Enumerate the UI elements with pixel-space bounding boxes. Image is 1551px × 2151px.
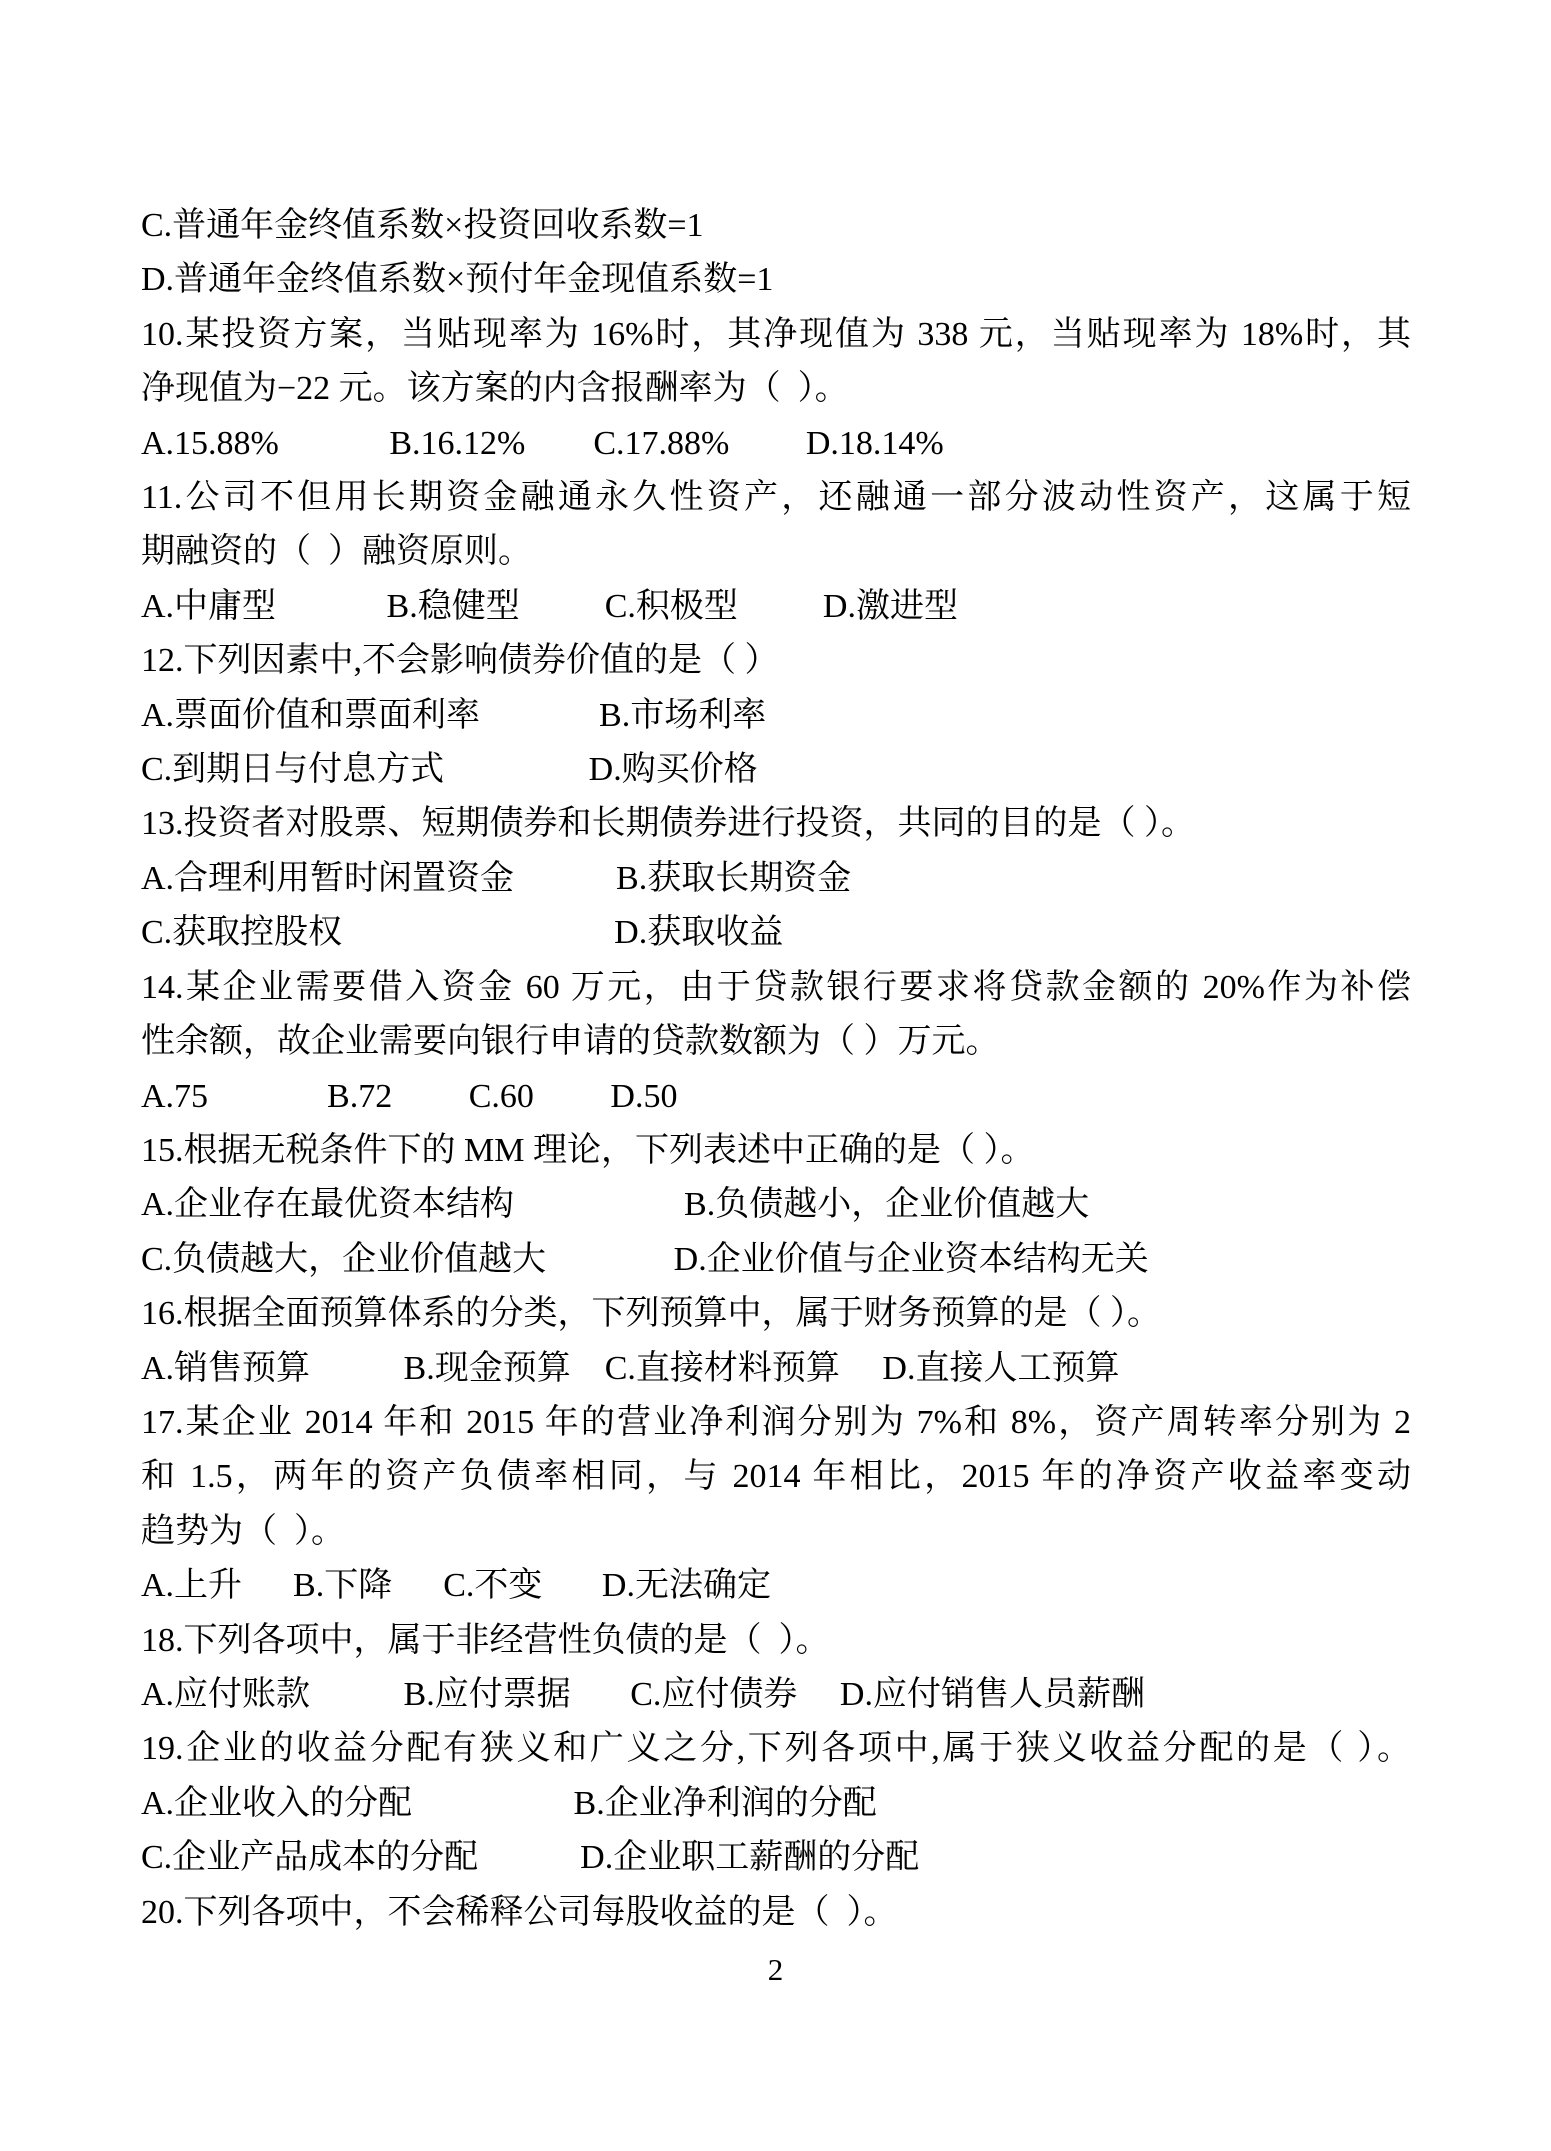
text-line: 17.某企业 2014 年和 2015 年的营业净利润分别为 7%和 8%，资产…: [141, 1396, 1411, 1450]
text-line: 18.下列各项中，属于非经营性负债的是（ ）。: [141, 1614, 1411, 1668]
text-line: 15.根据无税条件下的 MM 理论，下列表述中正确的是（ ）。: [141, 1124, 1411, 1178]
text-line: A.企业存在最优资本结构 B.负债越小，企业价值越大: [141, 1178, 1411, 1232]
text-line: 和 1.5，两年的资产负债率相同，与 2014 年相比，2015 年的净资产收益…: [141, 1450, 1411, 1504]
text-line: A.75 B.72 C.60 D.50: [141, 1070, 1411, 1124]
text-line: A.销售预算 B.现金预算 C.直接材料预算 D.直接人工预算: [141, 1342, 1411, 1396]
text-line: C.到期日与付息方式 D.购买价格: [141, 743, 1411, 797]
text-line: 期融资的（ ）融资原则。: [141, 525, 1411, 579]
text-line: 13.投资者对股票、短期债券和长期债券进行投资，共同的目的是（ ）。: [141, 797, 1411, 851]
text-line: 14.某企业需要借入资金 60 万元，由于贷款银行要求将贷款金额的 20%作为补…: [141, 961, 1411, 1015]
text-line: A.上升 B.下降 C.不变 D.无法确定: [141, 1559, 1411, 1613]
text-line: A.15.88% B.16.12% C.17.88% D.18.14%: [141, 417, 1411, 471]
text-line: 净现值为−22 元。该方案的内含报酬率为（ ）。: [141, 362, 1411, 416]
text-line: D.普通年金终值系数×预付年金现值系数=1: [141, 253, 1411, 307]
text-line: C.普通年金终值系数×投资回收系数=1: [141, 199, 1411, 253]
text-line: A.应付账款 B.应付票据 C.应付债券 D.应付销售人员薪酬: [141, 1668, 1411, 1722]
exam-page: C.普通年金终值系数×投资回收系数=1D.普通年金终值系数×预付年金现值系数=1…: [0, 0, 1551, 2151]
text-line: A.企业收入的分配 B.企业净利润的分配: [141, 1777, 1411, 1831]
text-line: 12.下列因素中,不会影响债券价值的是（ ）: [141, 634, 1411, 688]
text-line: 10.某投资方案，当贴现率为 16%时，其净现值为 338 元，当贴现率为 18…: [141, 308, 1411, 362]
text-line: 19.企业的收益分配有狭义和广义之分,下列各项中,属于狭义收益分配的是（ ）。: [141, 1722, 1411, 1776]
text-line: 性余额，故企业需要向银行申请的贷款数额为（ ）万元。: [141, 1015, 1411, 1069]
text-line: 16.根据全面预算体系的分类，下列预算中，属于财务预算的是（ ）。: [141, 1287, 1411, 1341]
text-line: C.获取控股权 D.获取收益: [141, 906, 1411, 960]
text-line: A.票面价值和票面利率 B.市场利率: [141, 689, 1411, 743]
text-line: C.负债越大，企业价值越大 D.企业价值与企业资本结构无关: [141, 1233, 1411, 1287]
text-line: 20.下列各项中，不会稀释公司每股收益的是（ ）。: [141, 1886, 1411, 1940]
page-number: 2: [0, 1950, 1551, 1990]
text-line: 11.公司不但用长期资金融通永久性资产，还融通一部分波动性资产，这属于短: [141, 471, 1411, 525]
text-line: C.企业产品成本的分配 D.企业职工薪酬的分配: [141, 1831, 1411, 1885]
document-lines: C.普通年金终值系数×投资回收系数=1D.普通年金终值系数×预付年金现值系数=1…: [141, 199, 1411, 1940]
text-line: 趋势为（ ）。: [141, 1505, 1411, 1559]
text-line: A.合理利用暂时闲置资金 B.获取长期资金: [141, 852, 1411, 906]
text-line: A.中庸型 B.稳健型 C.积极型 D.激进型: [141, 580, 1411, 634]
